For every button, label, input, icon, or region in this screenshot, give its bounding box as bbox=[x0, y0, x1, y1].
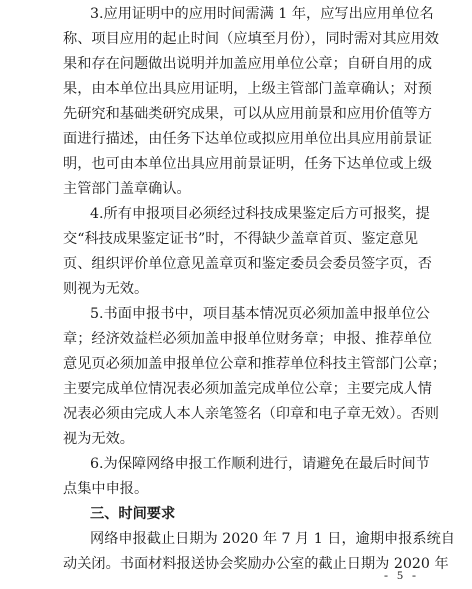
text-line: 先研究和基础类研究成果，可以从应用前景和应用价值等方 bbox=[63, 102, 403, 127]
text-line: 称、项目应用的起止时间（应填至月份），同时需对其应用效 bbox=[63, 27, 403, 52]
text-line: 网络申报截止日期为 2020 年 7 月 1 日，逾期申报系统自 bbox=[63, 527, 403, 552]
text-line: 章；经济效益栏必须加盖申报单位财务章；申报、推荐单位 bbox=[63, 327, 403, 352]
document-page: 3.应用证明中的应用时间需满 1 年，应写出应用单位名 称、项目应用的起止时间（… bbox=[63, 2, 403, 577]
text-line: 5.书面申报书中，项目基本情况页必须加盖申报单位公 bbox=[63, 302, 403, 327]
text-line: 主管部门盖章确认。 bbox=[63, 177, 403, 202]
text-line: 面进行描述，由任务下达单位或拟应用单位出具应用前景证 bbox=[63, 127, 403, 152]
text-line: 果，由本单位出具应用证明，上级主管部门盖章确认；对预 bbox=[63, 77, 403, 102]
text-line: 点集中申报。 bbox=[63, 477, 403, 502]
text-line: 4.所有申报项目必须经过科技成果鉴定后方可报奖，提 bbox=[63, 202, 403, 227]
text-line: 视为无效。 bbox=[63, 427, 403, 452]
section-heading: 三、时间要求 bbox=[63, 502, 403, 527]
text-line: 意见页必须加盖申报单位公章和推荐单位科技主管部门公章； bbox=[63, 352, 403, 377]
text-line: 主要完成单位情况表必须加盖完成单位公章；主要完成人情 bbox=[63, 377, 403, 402]
text-line: 则视为无效。 bbox=[63, 277, 403, 302]
text-line: 动关闭。书面材料报送协会奖励办公室的截止日期为 2020 年 bbox=[63, 552, 403, 577]
text-line: 交“科技成果鉴定证书”时，不得缺少盖章首页、鉴定意见 bbox=[63, 227, 403, 252]
text-line: 3.应用证明中的应用时间需满 1 年，应写出应用单位名 bbox=[63, 2, 403, 27]
page-number: - 5 - bbox=[384, 568, 419, 583]
text-line: 果和存在问题做出说明并加盖应用单位公章；自研自用的成 bbox=[63, 52, 403, 77]
text-line: 6.为保障网络申报工作顺利进行，请避免在最后时间节 bbox=[63, 452, 403, 477]
text-line: 页、组织评价单位意见盖章页和鉴定委员会委员签字页，否 bbox=[63, 252, 403, 277]
text-line: 况表必须由完成人本人亲笔签名（印章和电子章无效）。否则 bbox=[63, 402, 403, 427]
text-line: 明，也可由本单位出具应用前景证明，任务下达单位或上级 bbox=[63, 152, 403, 177]
